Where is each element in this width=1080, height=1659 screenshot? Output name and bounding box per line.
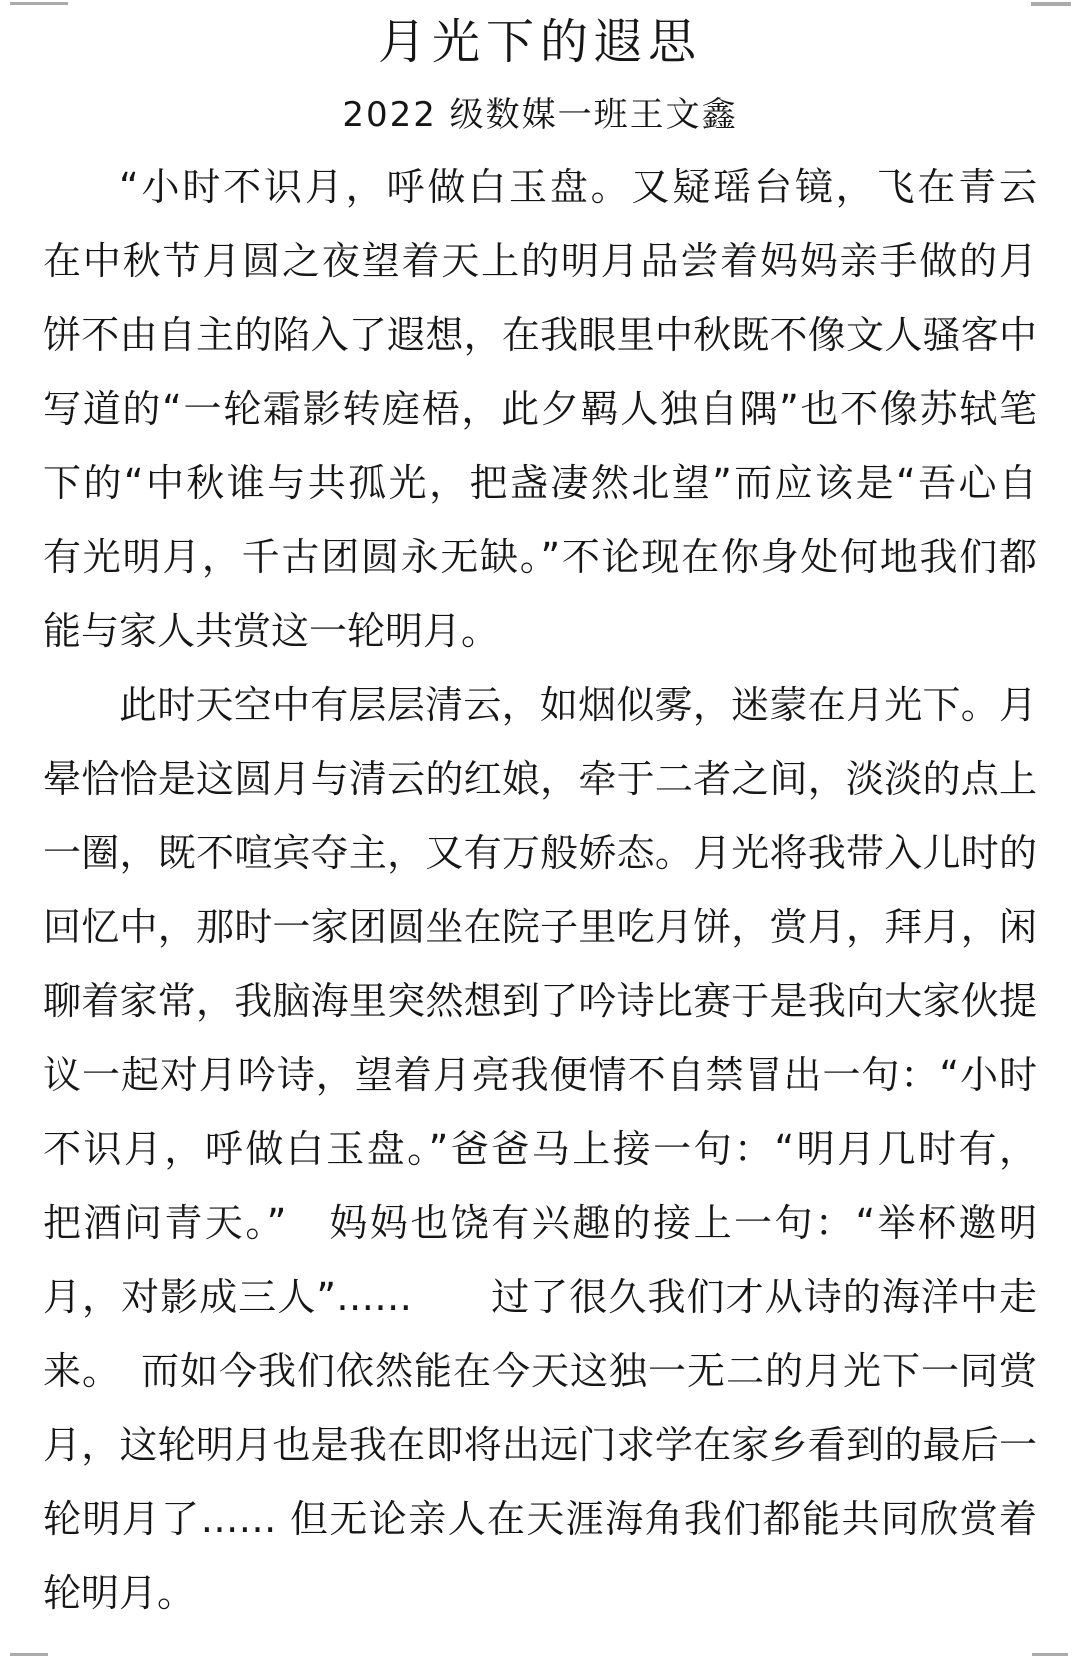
essay-line: 不识月，呼做白玉盘。”爸爸马上接一句：“明月几时有， bbox=[43, 1112, 1037, 1186]
essay-line: 议一起对月吟诗，望着月亮我便情不自禁冒出一句：“小时 bbox=[43, 1038, 1037, 1112]
corner-mark-top-right bbox=[1031, 2, 1071, 6]
essay-byline: 2022 级数媒一班王文鑫 bbox=[0, 96, 1080, 134]
corner-mark-bottom-right bbox=[1032, 1653, 1068, 1656]
essay-line: 月，这轮明月也是我在即将出远门求学在家乡看到的最后一 bbox=[43, 1408, 1037, 1482]
essay-line: 在中秋节月圆之夜望着天上的明月品尝着妈妈亲手做的月 bbox=[43, 224, 1037, 298]
essay-line: 回忆中，那时一家团圆坐在院子里吃月饼，赏月，拜月，闲 bbox=[43, 890, 1037, 964]
essay-paragraph: “小时不识月，呼做白玉盘。又疑瑶台镜，飞在青云端。”在中秋节月圆之夜望着天上的明… bbox=[43, 150, 1037, 668]
essay-line: 来。 而如今我们依然能在今天这独一无二的月光下一同赏 bbox=[43, 1334, 1037, 1408]
essay-line: 写道的“一轮霜影转庭梧，此夕羁人独自隅”也不像苏轼笔 bbox=[43, 372, 1037, 446]
essay-line: 饼不由自主的陷入了遐想，在我眼里中秋既不像文人骚客中 bbox=[43, 298, 1037, 372]
essay-line: 轮明月。 bbox=[43, 1556, 1037, 1630]
essay-line: 晕恰恰是这圆月与清云的红娘，牵于二者之间，淡淡的点上 bbox=[43, 742, 1037, 816]
essay-line: 月，对影成三人”…… 过了很久我们才从诗的海洋中走出 bbox=[43, 1260, 1037, 1334]
essay-line: 下的“中秋谁与共孤光，把盏凄然北望”而应该是“吾心自 bbox=[43, 446, 1037, 520]
essay-line: 能与家人共赏这一轮明月。 bbox=[43, 594, 1037, 668]
corner-mark-top-left bbox=[10, 2, 68, 5]
essay-line: “小时不识月，呼做白玉盘。又疑瑶台镜，飞在青云端。” bbox=[43, 150, 1037, 224]
essay-line: 聊着家常，我脑海里突然想到了吟诗比赛于是我向大家伙提 bbox=[43, 964, 1037, 1038]
document-page: 月光下的遐思 2022 级数媒一班王文鑫 “小时不识月，呼做白玉盘。又疑瑶台镜，… bbox=[0, 0, 1080, 1659]
essay-line: 一圈，既不喧宾夺主，又有万般娇态。月光将我带入儿时的 bbox=[43, 816, 1037, 890]
essay-title: 月光下的遐思 bbox=[0, 14, 1080, 70]
essay-body: “小时不识月，呼做白玉盘。又疑瑶台镜，飞在青云端。”在中秋节月圆之夜望着天上的明… bbox=[43, 150, 1037, 1630]
essay-line: 有光明月，千古团圆永无缺。”不论现在你身处何地我们都 bbox=[43, 520, 1037, 594]
corner-mark-bottom-left bbox=[10, 1653, 48, 1656]
essay-line: 轮明月了…… 但无论亲人在天涯海角我们都能共同欣赏着一 bbox=[43, 1482, 1037, 1556]
essay-paragraph: 此时天空中有层层清云，如烟似雾，迷蒙在月光下。月晕恰恰是这圆月与清云的红娘，牵于… bbox=[43, 668, 1037, 1630]
essay-line: 把酒问青天。” 妈妈也饶有兴趣的接上一句：“举杯邀明 bbox=[43, 1186, 1037, 1260]
essay-line: 此时天空中有层层清云，如烟似雾，迷蒙在月光下。月 bbox=[43, 668, 1037, 742]
